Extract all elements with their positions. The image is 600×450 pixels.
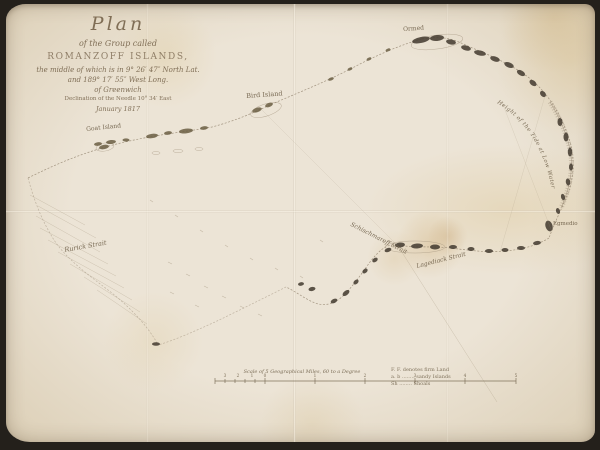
svg-text:2: 2	[237, 373, 240, 378]
sounding-fan-lines	[30, 195, 147, 324]
latitude-note: the middle of which is in 9° 26′ 47″ Nor…	[30, 67, 206, 74]
svg-text:3: 3	[224, 373, 227, 378]
tide-note-label: Height of the Tide at Low Water	[495, 99, 556, 190]
scale-bar-caption: Scale of 5 Geographical Miles, 60 to a D…	[244, 369, 361, 375]
title-subline: of the Group called	[30, 40, 206, 48]
svg-text:4: 4	[464, 373, 467, 378]
svg-text:5: 5	[515, 373, 518, 378]
key-line-1: F. F. denotes firm Land	[391, 367, 451, 374]
declination-note: Declination of the Needle 10° 34′ East	[30, 97, 206, 103]
lagoon-depth-marks	[150, 200, 323, 316]
key-line-3: Sh ........ Shoals	[391, 381, 451, 388]
title-cartouche: Plan of the Group called ROMANZOFF ISLAN…	[30, 15, 206, 112]
group-name: ROMANZOFF ISLANDS,	[30, 53, 206, 62]
date-note: January 1817	[30, 106, 206, 113]
scale-bar	[215, 378, 516, 384]
label-egmedio-island: Egmedio	[553, 222, 578, 228]
map-title: Plan	[30, 15, 206, 34]
symbol-key: F. F. denotes firm Land a. b ........ sa…	[391, 367, 451, 388]
greenwich-note: of Greenwich	[30, 87, 206, 94]
longitude-note: and 189° 17′ 55″ West Long.	[30, 77, 206, 84]
island-blobs-dark	[152, 34, 573, 345]
svg-text:2: 2	[364, 373, 367, 378]
east-reef-hatching	[550, 102, 572, 208]
key-line-2: a. b ........ sandy Islands	[391, 374, 451, 381]
